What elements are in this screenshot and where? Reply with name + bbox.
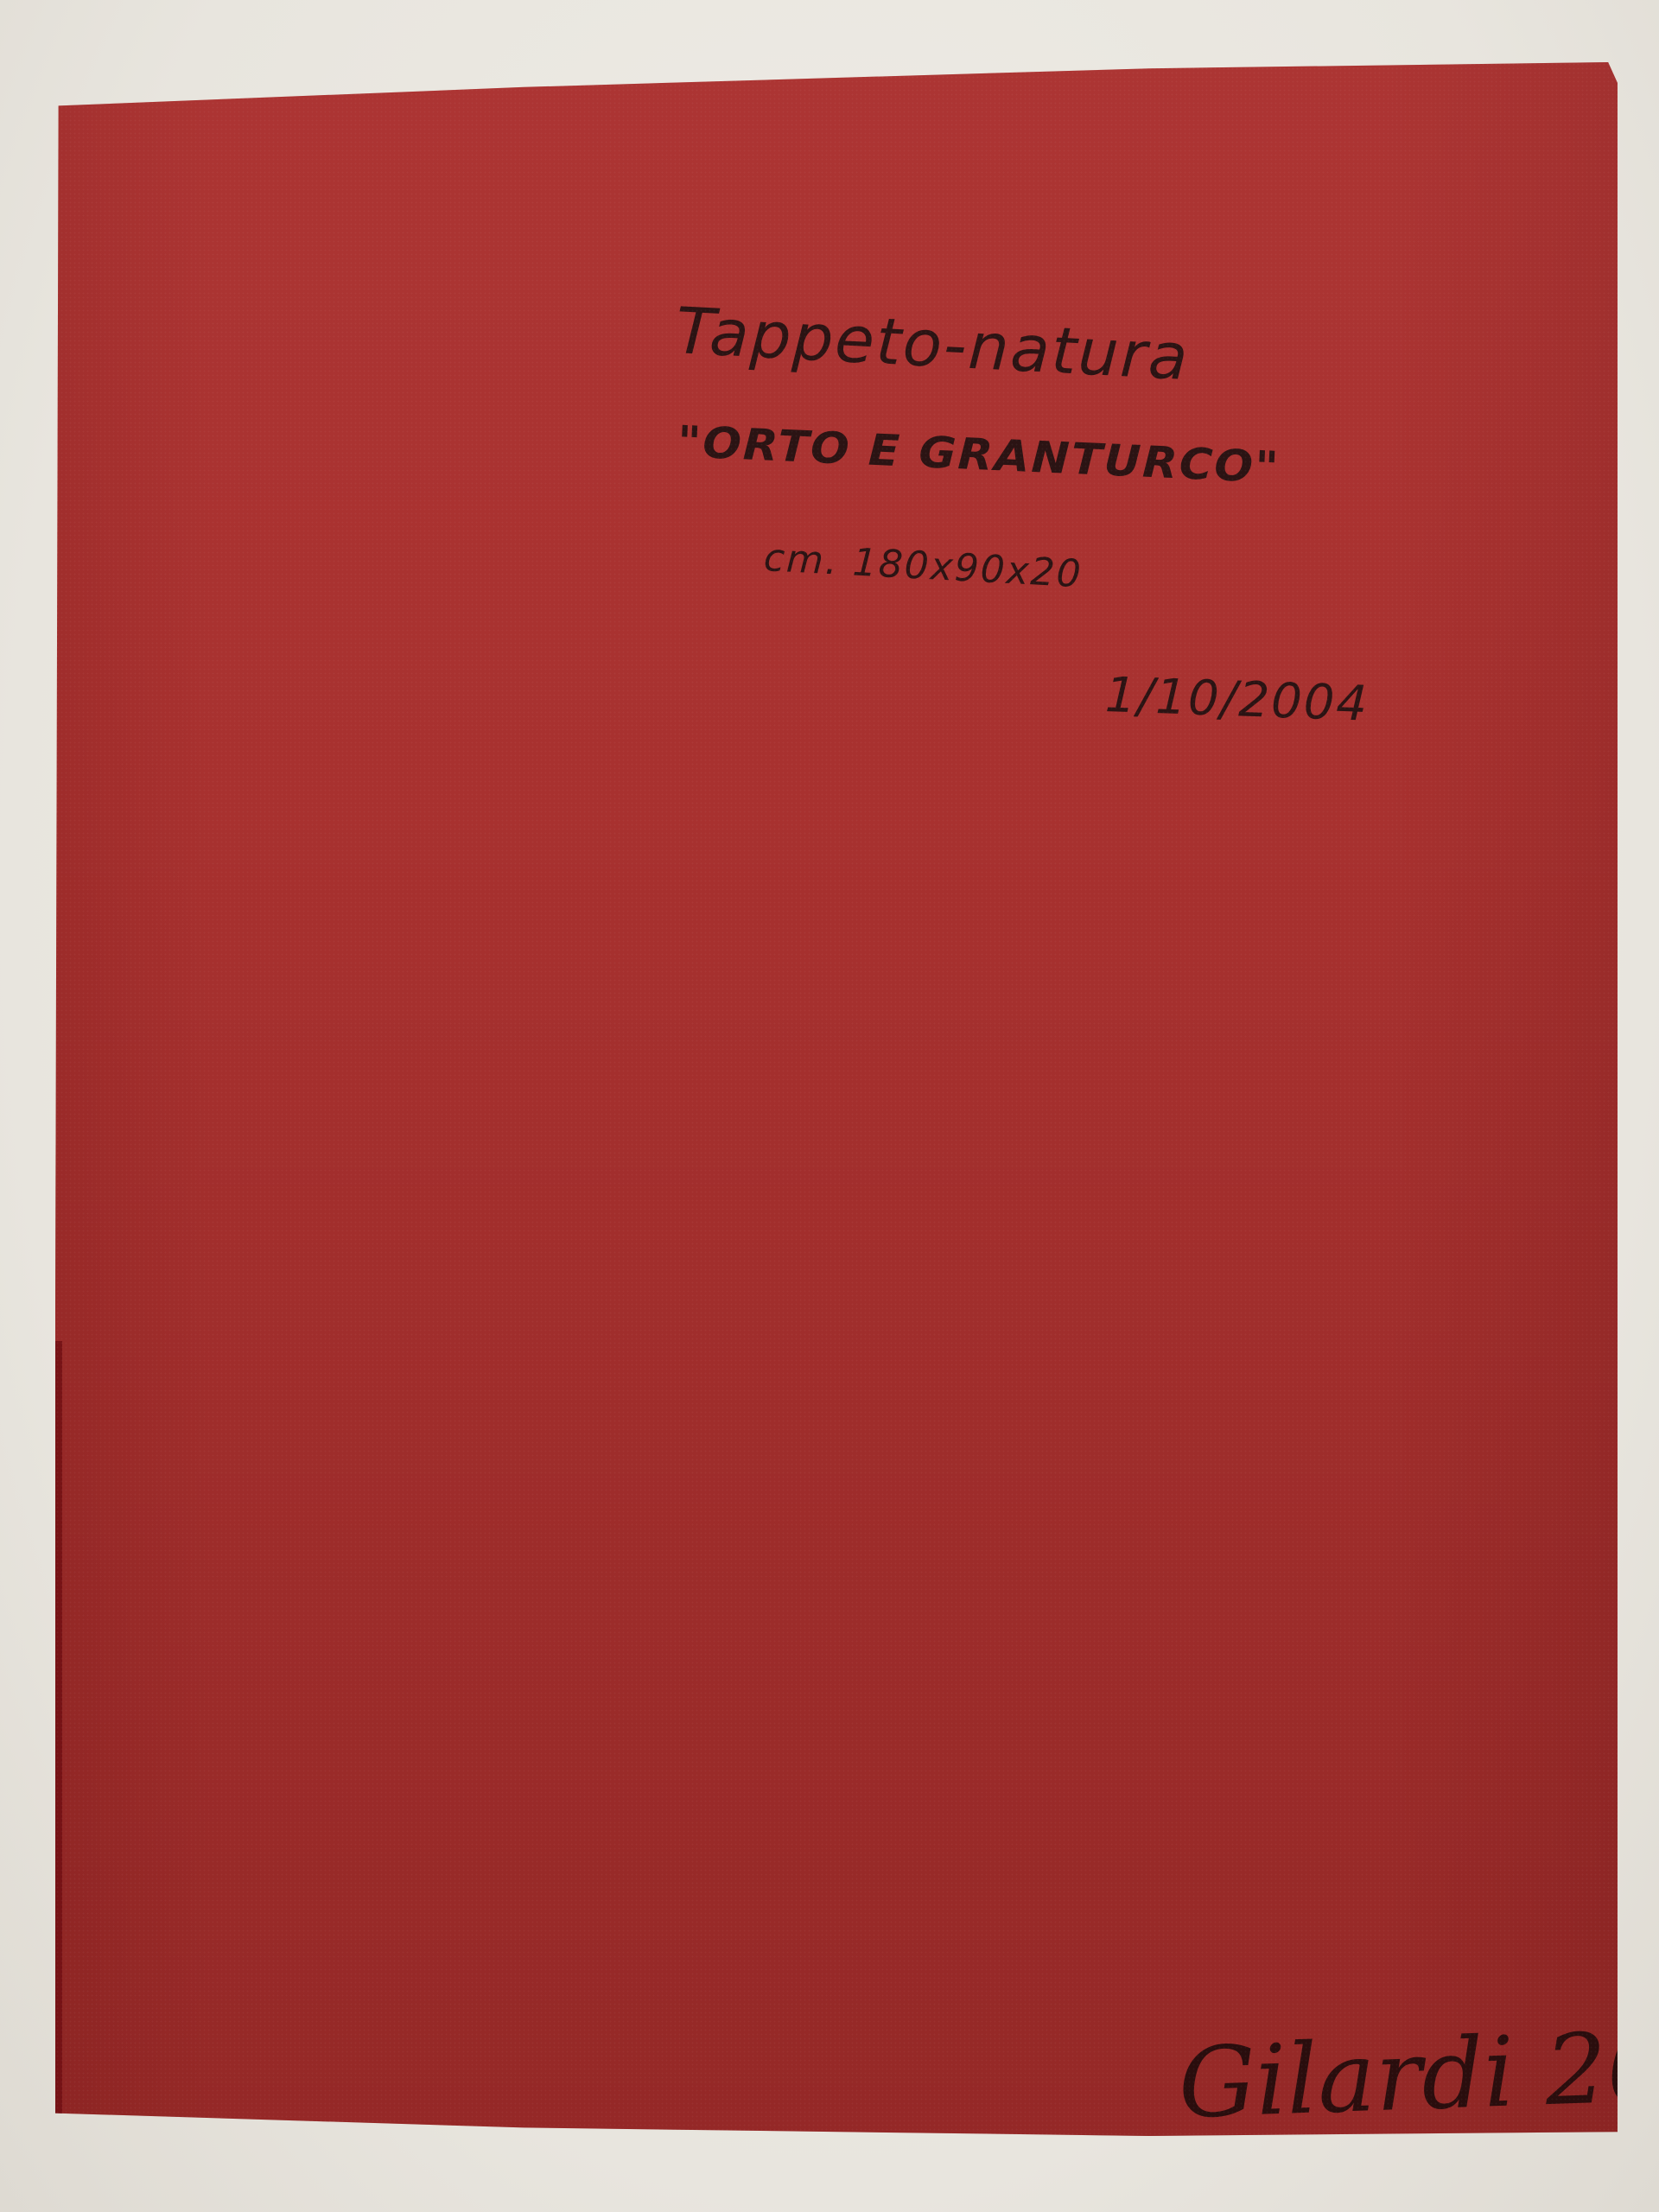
handwritten-subtitle: "ORTO E GRANTURCO" <box>677 416 1281 493</box>
artist-signature: Gilardi 2004 <box>1177 2006 1659 2140</box>
red-paper-cover: Tappeto-natura "ORTO E GRANTURCO" cm. 18… <box>55 62 1618 2136</box>
handwritten-dimensions: cm. 180x90x20 <box>763 536 1084 596</box>
torn-spine-edge <box>55 1341 62 2119</box>
handwritten-title: Tappeto-natura <box>674 294 1192 395</box>
handwritten-date: 1/10/2004 <box>1104 667 1370 733</box>
